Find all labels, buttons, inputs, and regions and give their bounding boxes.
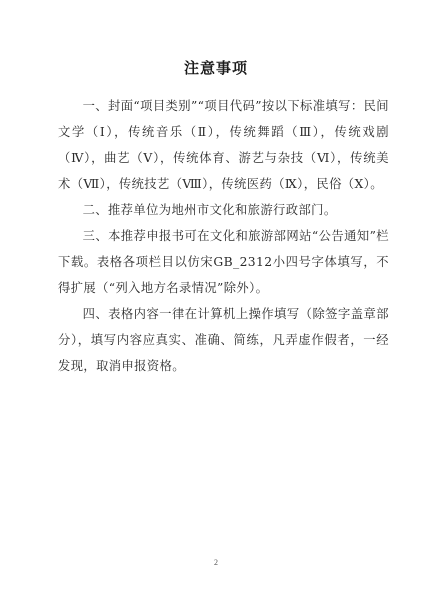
- note-paragraph-1: 一、封面“项目类别”“项目代码”按以下标准填写：民间文学（Ⅰ），传统音乐（Ⅱ），…: [58, 93, 389, 197]
- note-paragraph-3: 三、本推荐申报书可在文化和旅游部网站“公告通知”栏下载。表格各项栏目以仿宋GB_…: [58, 223, 389, 301]
- note-paragraph-2: 二、推荐单位为地州市文化和旅游行政部门。: [58, 197, 389, 223]
- page-title: 注意事项: [0, 57, 432, 78]
- document-page: 注意事项 一、封面“项目类别”“项目代码”按以下标准填写：民间文学（Ⅰ），传统音…: [0, 0, 432, 600]
- notes-body: 一、封面“项目类别”“项目代码”按以下标准填写：民间文学（Ⅰ），传统音乐（Ⅱ），…: [58, 93, 389, 379]
- page-number: 2: [0, 558, 432, 567]
- note-paragraph-4: 四、表格内容一律在计算机上操作填写（除签字盖章部分），填写内容应真实、准确、简练…: [58, 301, 389, 379]
